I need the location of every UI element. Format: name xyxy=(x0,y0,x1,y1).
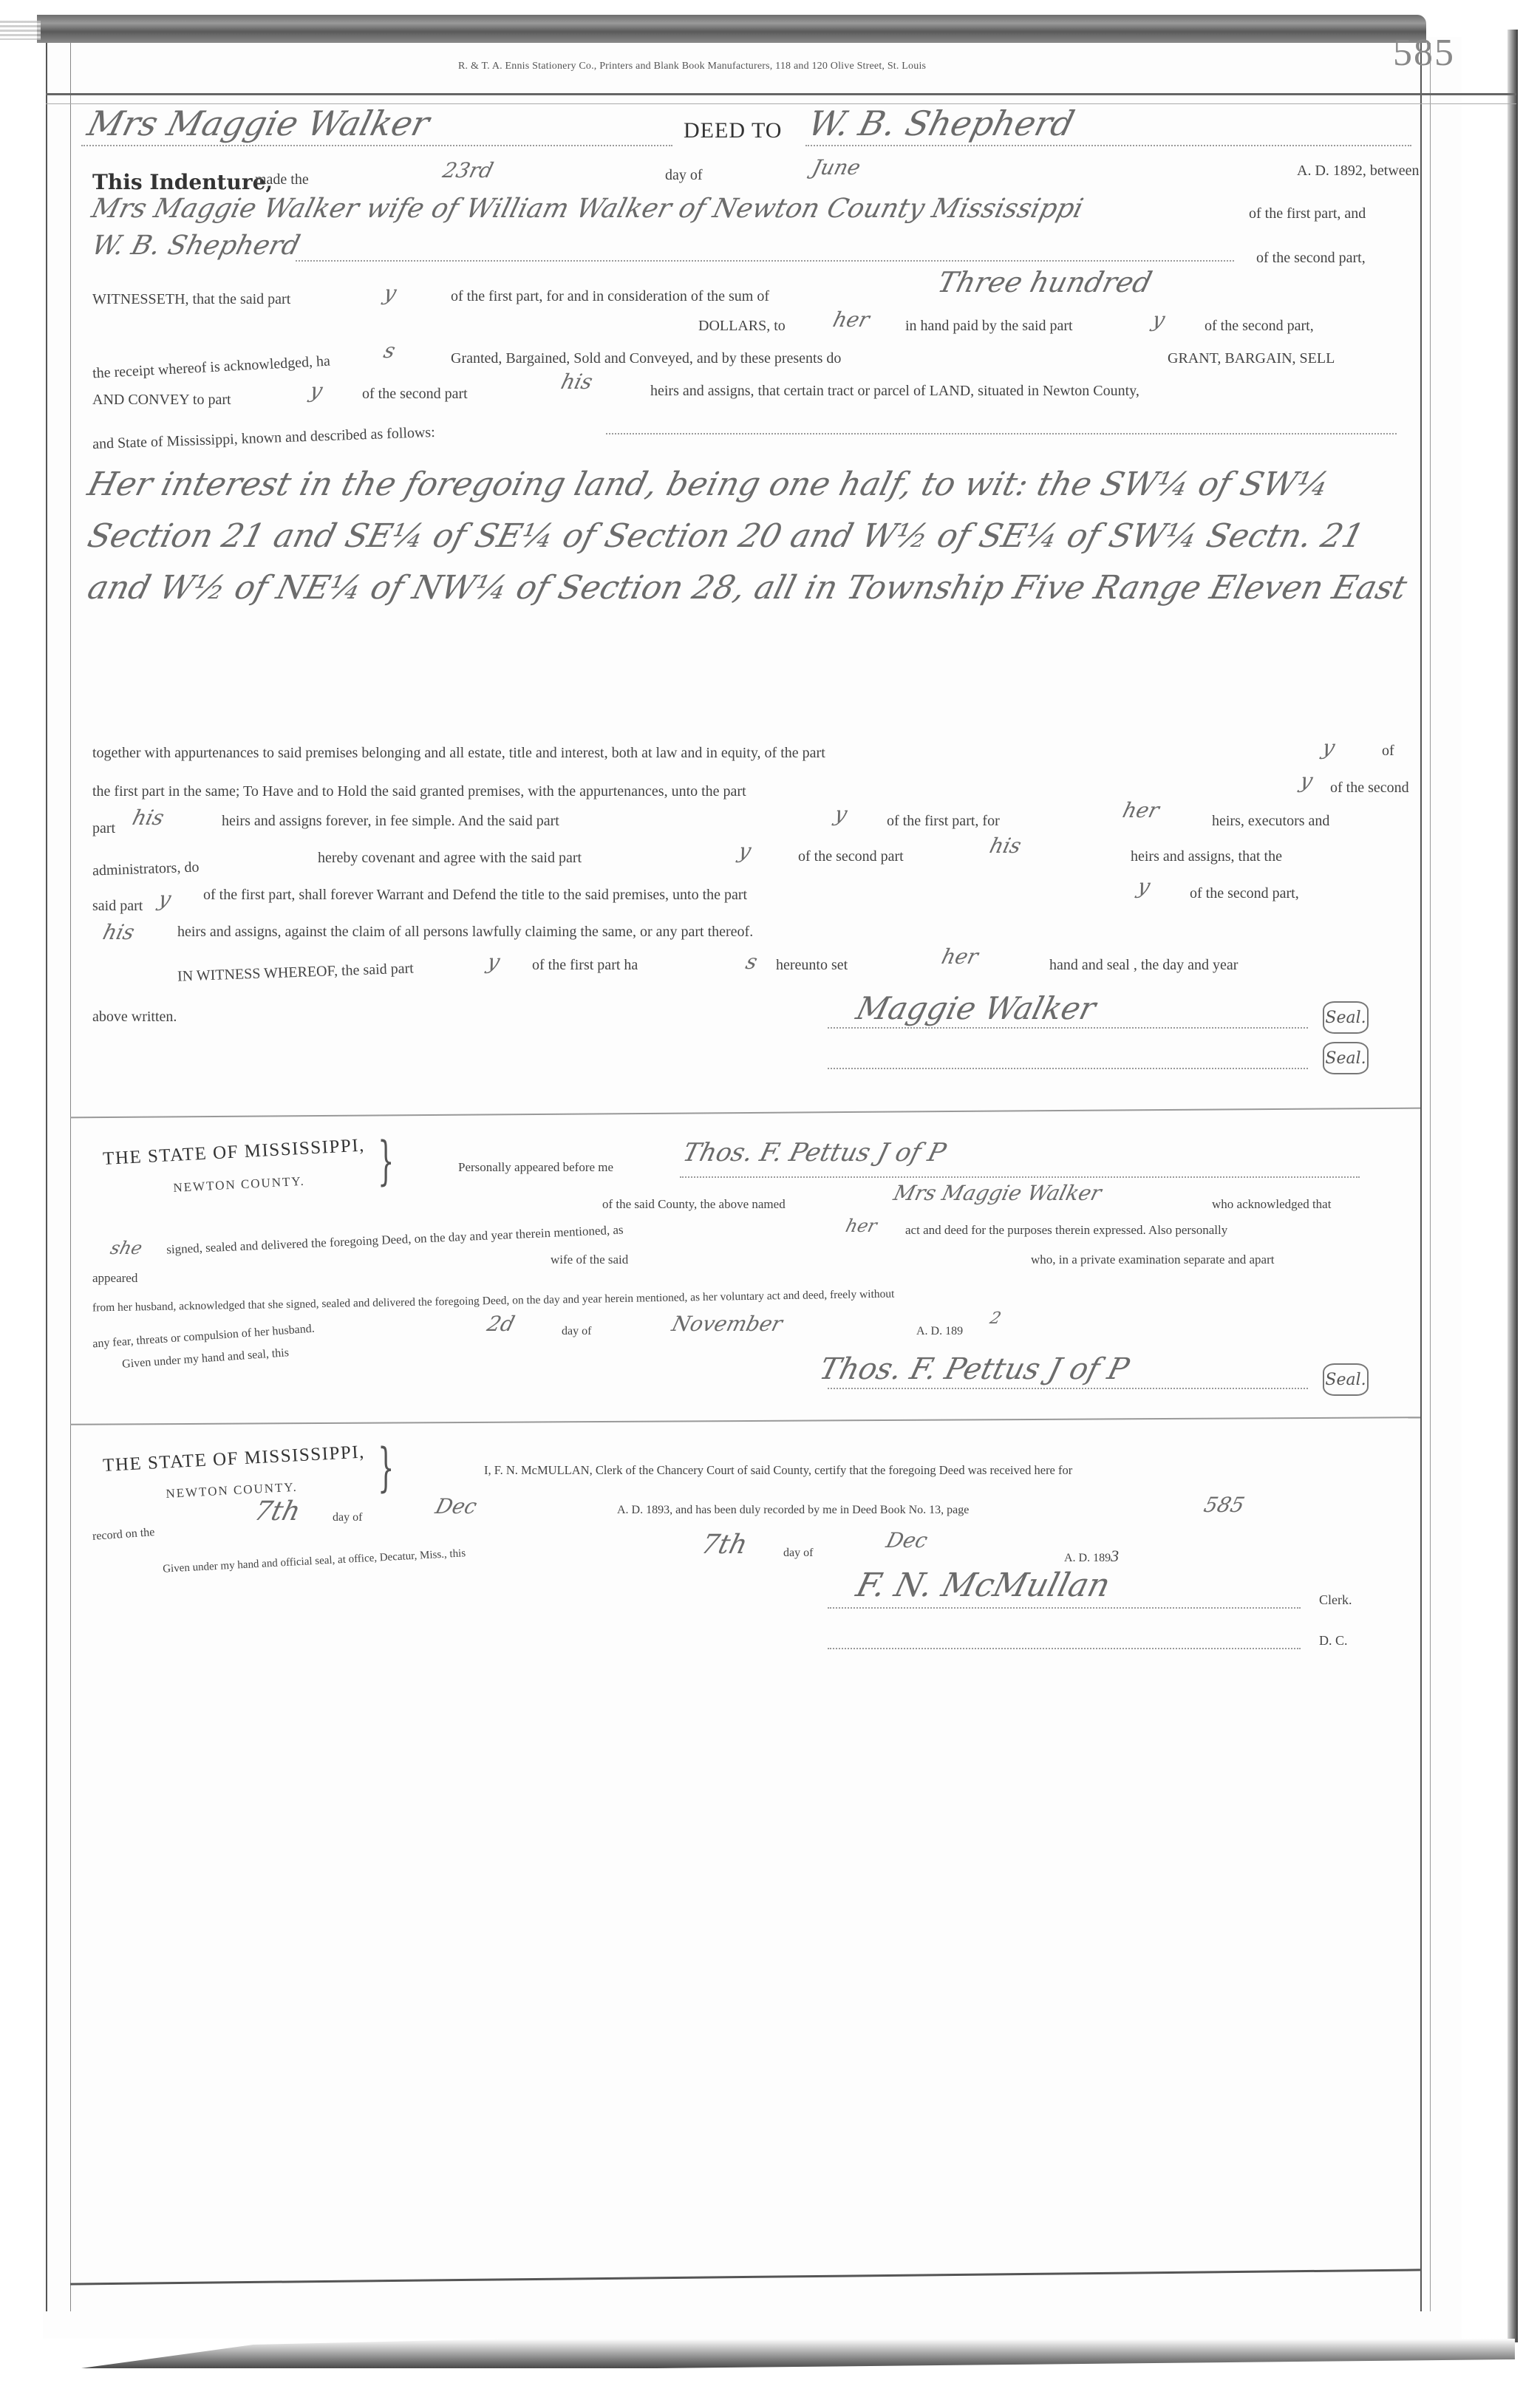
habendum-line: of the second xyxy=(1330,780,1409,797)
book-binding-bottom xyxy=(81,2339,1515,2368)
witness-clause: of the first part ha xyxy=(532,957,638,974)
signature-line xyxy=(828,1388,1308,1389)
heirs-pronoun: her xyxy=(1120,798,1162,822)
first-party: Mrs Maggie Walker wife of William Walker… xyxy=(89,194,1086,224)
of-second-part-label: of the second part, xyxy=(1205,318,1314,335)
grantee-line xyxy=(805,145,1411,146)
signature-line xyxy=(828,1607,1301,1609)
of-second-part-label: of the second part, xyxy=(1256,250,1366,267)
ack-text: act and deed for the purposes therein ex… xyxy=(905,1223,1227,1238)
of-second-part-label: of the second part xyxy=(362,386,468,403)
indenture-heading: This Indenture, xyxy=(92,170,273,194)
second-party-line xyxy=(296,260,1234,262)
witness-clause: hereunto set xyxy=(776,957,848,974)
ack-text: appeared xyxy=(92,1271,137,1286)
seal-icon: Seal. xyxy=(1323,1042,1369,1074)
clerk-label: Clerk. xyxy=(1319,1592,1352,1608)
heirs-pronoun: his xyxy=(100,920,137,944)
habendum-line: heirs and assigns, that the xyxy=(1131,848,1282,865)
heirs-pronoun: his xyxy=(130,805,167,830)
witness-clause: hand and seal , the day and year xyxy=(1049,957,1238,974)
ack-text: who acknowledged that xyxy=(1212,1197,1331,1212)
signature-line xyxy=(828,1648,1301,1649)
land-description-line-2: Section 21 and SE¼ of SE¼ of Section 20 … xyxy=(84,517,1368,555)
habendum-line: of the first part, shall forever Warrant… xyxy=(203,887,747,904)
grantor-named: Mrs Maggie Walker xyxy=(891,1181,1104,1205)
given-month: Dec xyxy=(884,1528,930,1552)
signature-line xyxy=(828,1027,1308,1029)
ack-text: of the said County, the above named xyxy=(602,1197,786,1212)
habendum-line: of the first part, for xyxy=(887,813,1000,830)
seal-icon: Seal. xyxy=(1323,1363,1369,1396)
habendum-line: of the second part xyxy=(798,848,904,865)
clerk-signature: F. N. McMullan xyxy=(853,1567,1114,1604)
indenture-day: 23rd xyxy=(440,158,496,183)
consideration-label: of the first part, for and in considerat… xyxy=(451,288,769,305)
consideration-sum: Three hundred xyxy=(935,266,1156,299)
heirs-pronoun: his xyxy=(987,834,1024,858)
made-the-label: made the xyxy=(255,171,309,188)
convey-label: AND CONVEY to part xyxy=(92,392,231,409)
given-year: 3 xyxy=(1111,1547,1119,1565)
day-of-label: day of xyxy=(665,167,703,184)
dollars-label: DOLLARS, to xyxy=(698,318,786,335)
left-inner-border xyxy=(70,43,71,2311)
deputy-clerk-label: D. C. xyxy=(1319,1633,1348,1649)
grantor-line xyxy=(81,145,672,146)
heirs-pronoun: her xyxy=(939,944,981,969)
ad-year: A. D. 1892, between xyxy=(1297,163,1420,180)
second-party: W. B. Shepherd xyxy=(89,231,303,261)
ack-text: who, in a private examination separate a… xyxy=(1031,1252,1274,1267)
of-first-part-label: of the first part, and xyxy=(1249,205,1366,222)
habendum-text: the first part in the same; To Have and … xyxy=(92,783,746,800)
heirs-pronoun: his xyxy=(559,369,596,394)
certificate-text: A. D. 189 xyxy=(617,1504,664,1516)
grantor-name: Mrs Maggie Walker xyxy=(84,103,433,143)
habendum-line: together with appurtenances to said prem… xyxy=(92,745,825,762)
left-border xyxy=(46,43,47,2311)
granted-label: Granted, Bargained, Sold and Conveyed, a… xyxy=(451,350,841,367)
right-outer-border xyxy=(1430,43,1431,2311)
witnesseth-label: WITNESSETH, that the said part xyxy=(92,291,290,308)
binding-edge xyxy=(0,21,41,40)
habendum-line: of the second part, xyxy=(1190,885,1299,902)
book-binding-top xyxy=(37,15,1426,43)
certificate-text: A. D. 189 xyxy=(1064,1552,1111,1564)
signature-line xyxy=(828,1068,1308,1069)
officer-line xyxy=(680,1176,1360,1178)
habendum-line: part xyxy=(92,820,115,837)
deed-to-label: DEED TO xyxy=(684,118,782,143)
grant-caps: GRANT, BARGAIN, SELL xyxy=(1168,350,1335,367)
header-rule xyxy=(46,93,1516,95)
certificate-text: A. D. 1893, and has been duly recorded b… xyxy=(617,1504,969,1517)
record-page: 585 xyxy=(1202,1493,1247,1517)
brace: } xyxy=(378,1437,394,1498)
habendum-line: heirs and assigns forever, in fee simple… xyxy=(222,813,559,830)
state-line-dots xyxy=(606,433,1397,434)
ack-text: wife of the said xyxy=(551,1252,628,1267)
grantee-name: W. B. Shepherd xyxy=(804,103,1078,143)
certificate-text: I, F. N. McMULLAN, Clerk of the Chancery… xyxy=(484,1463,1072,1478)
habendum-line: heirs, executors and xyxy=(1212,813,1329,830)
certificate-text: day of xyxy=(333,1511,362,1524)
grantor-signature: Maggie Walker xyxy=(853,990,1100,1026)
habendum-line: hereby covenant and agree with the said … xyxy=(318,850,582,867)
ack-pronoun: she xyxy=(109,1238,145,1258)
ack-text: Personally appeared before me xyxy=(458,1160,613,1175)
right-border xyxy=(1420,43,1422,2311)
record-month: Dec xyxy=(433,1494,480,1518)
indenture-month: June xyxy=(810,155,863,180)
habendum-line: of xyxy=(1382,743,1394,760)
heirs-tract-label: heirs and assigns, that certain tract or… xyxy=(650,383,1139,400)
certificate-text: , and has been duly recorded by me in De… xyxy=(670,1504,969,1516)
certificate-text: day of xyxy=(783,1547,813,1560)
certificate-text: A. D. 1893 xyxy=(1064,1547,1119,1566)
habendum-line: the first part in the same; To Have and … xyxy=(92,783,746,800)
printer-imprint: R. & T. A. Ennis Stationery Co., Printer… xyxy=(458,61,926,72)
ack-pronoun: her xyxy=(844,1216,879,1236)
book-gutter-shadow xyxy=(1507,30,1518,2342)
habendum-line: said part xyxy=(92,898,143,915)
ack-text: day of xyxy=(562,1325,591,1338)
above-written-label: above written. xyxy=(92,1009,177,1026)
land-description-line-3: and W½ of NE¼ of NW¼ of Section 28, all … xyxy=(84,569,1411,607)
ack-month: November xyxy=(670,1312,785,1336)
record-year: 3 xyxy=(664,1504,670,1516)
habendum-line: heirs and assigns, against the claim of … xyxy=(177,924,753,941)
seal-icon: Seal. xyxy=(1323,1001,1369,1034)
paid-by-label: in hand paid by the said part xyxy=(905,318,1073,335)
page-number: 585 xyxy=(1393,31,1455,75)
land-description-line-1: Her interest in the foregoing land, bein… xyxy=(84,466,1333,503)
officer-name: Thos. F. Pettus J of P xyxy=(680,1138,949,1168)
given-day: 7th xyxy=(698,1530,751,1560)
paid-to: her xyxy=(831,307,872,332)
record-day: 7th xyxy=(251,1496,304,1527)
brace: } xyxy=(378,1131,394,1191)
ack-text: A. D. 189 xyxy=(916,1325,963,1338)
officer-signature: Thos. F. Pettus J of P xyxy=(816,1352,1132,1386)
